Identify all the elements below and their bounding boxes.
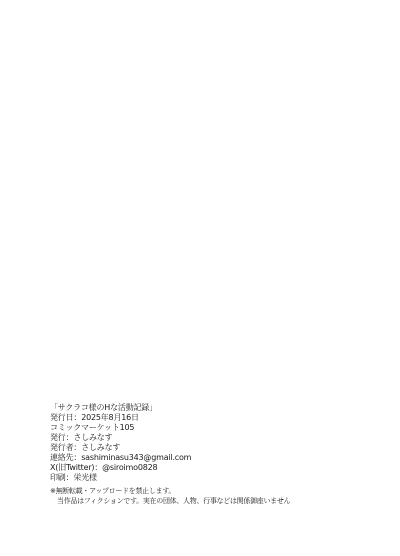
event-name: コミックマーケット105 xyxy=(50,423,191,433)
contact-email: 連絡先：sashiminasu343@gmail.com xyxy=(50,453,191,463)
book-title: 「サクラコ様のHな活動記録」 xyxy=(50,403,191,413)
fiction-disclaimer: 当作品はフィクションです。実在の団体、人物、行事などは関係御座いません xyxy=(50,496,290,506)
no-reproduction-note: ※無断転載・アップロードを禁止します。 xyxy=(50,486,290,496)
notes: ※無断転載・アップロードを禁止します。 当作品はフィクションです。実在の団体、人… xyxy=(50,486,290,506)
issuer: 発行者：さしみなす xyxy=(50,443,191,453)
printer: 印刷：栄光様 xyxy=(50,473,191,483)
publisher: 発行：さしみなす xyxy=(50,433,191,443)
twitter-handle: X(旧Twitter)：@siroimo0828 xyxy=(50,463,191,473)
colophon: 「サクラコ様のHな活動記録」 発行日：2025年8月16日 コミックマーケット1… xyxy=(50,403,191,483)
issue-date: 発行日：2025年8月16日 xyxy=(50,413,191,423)
